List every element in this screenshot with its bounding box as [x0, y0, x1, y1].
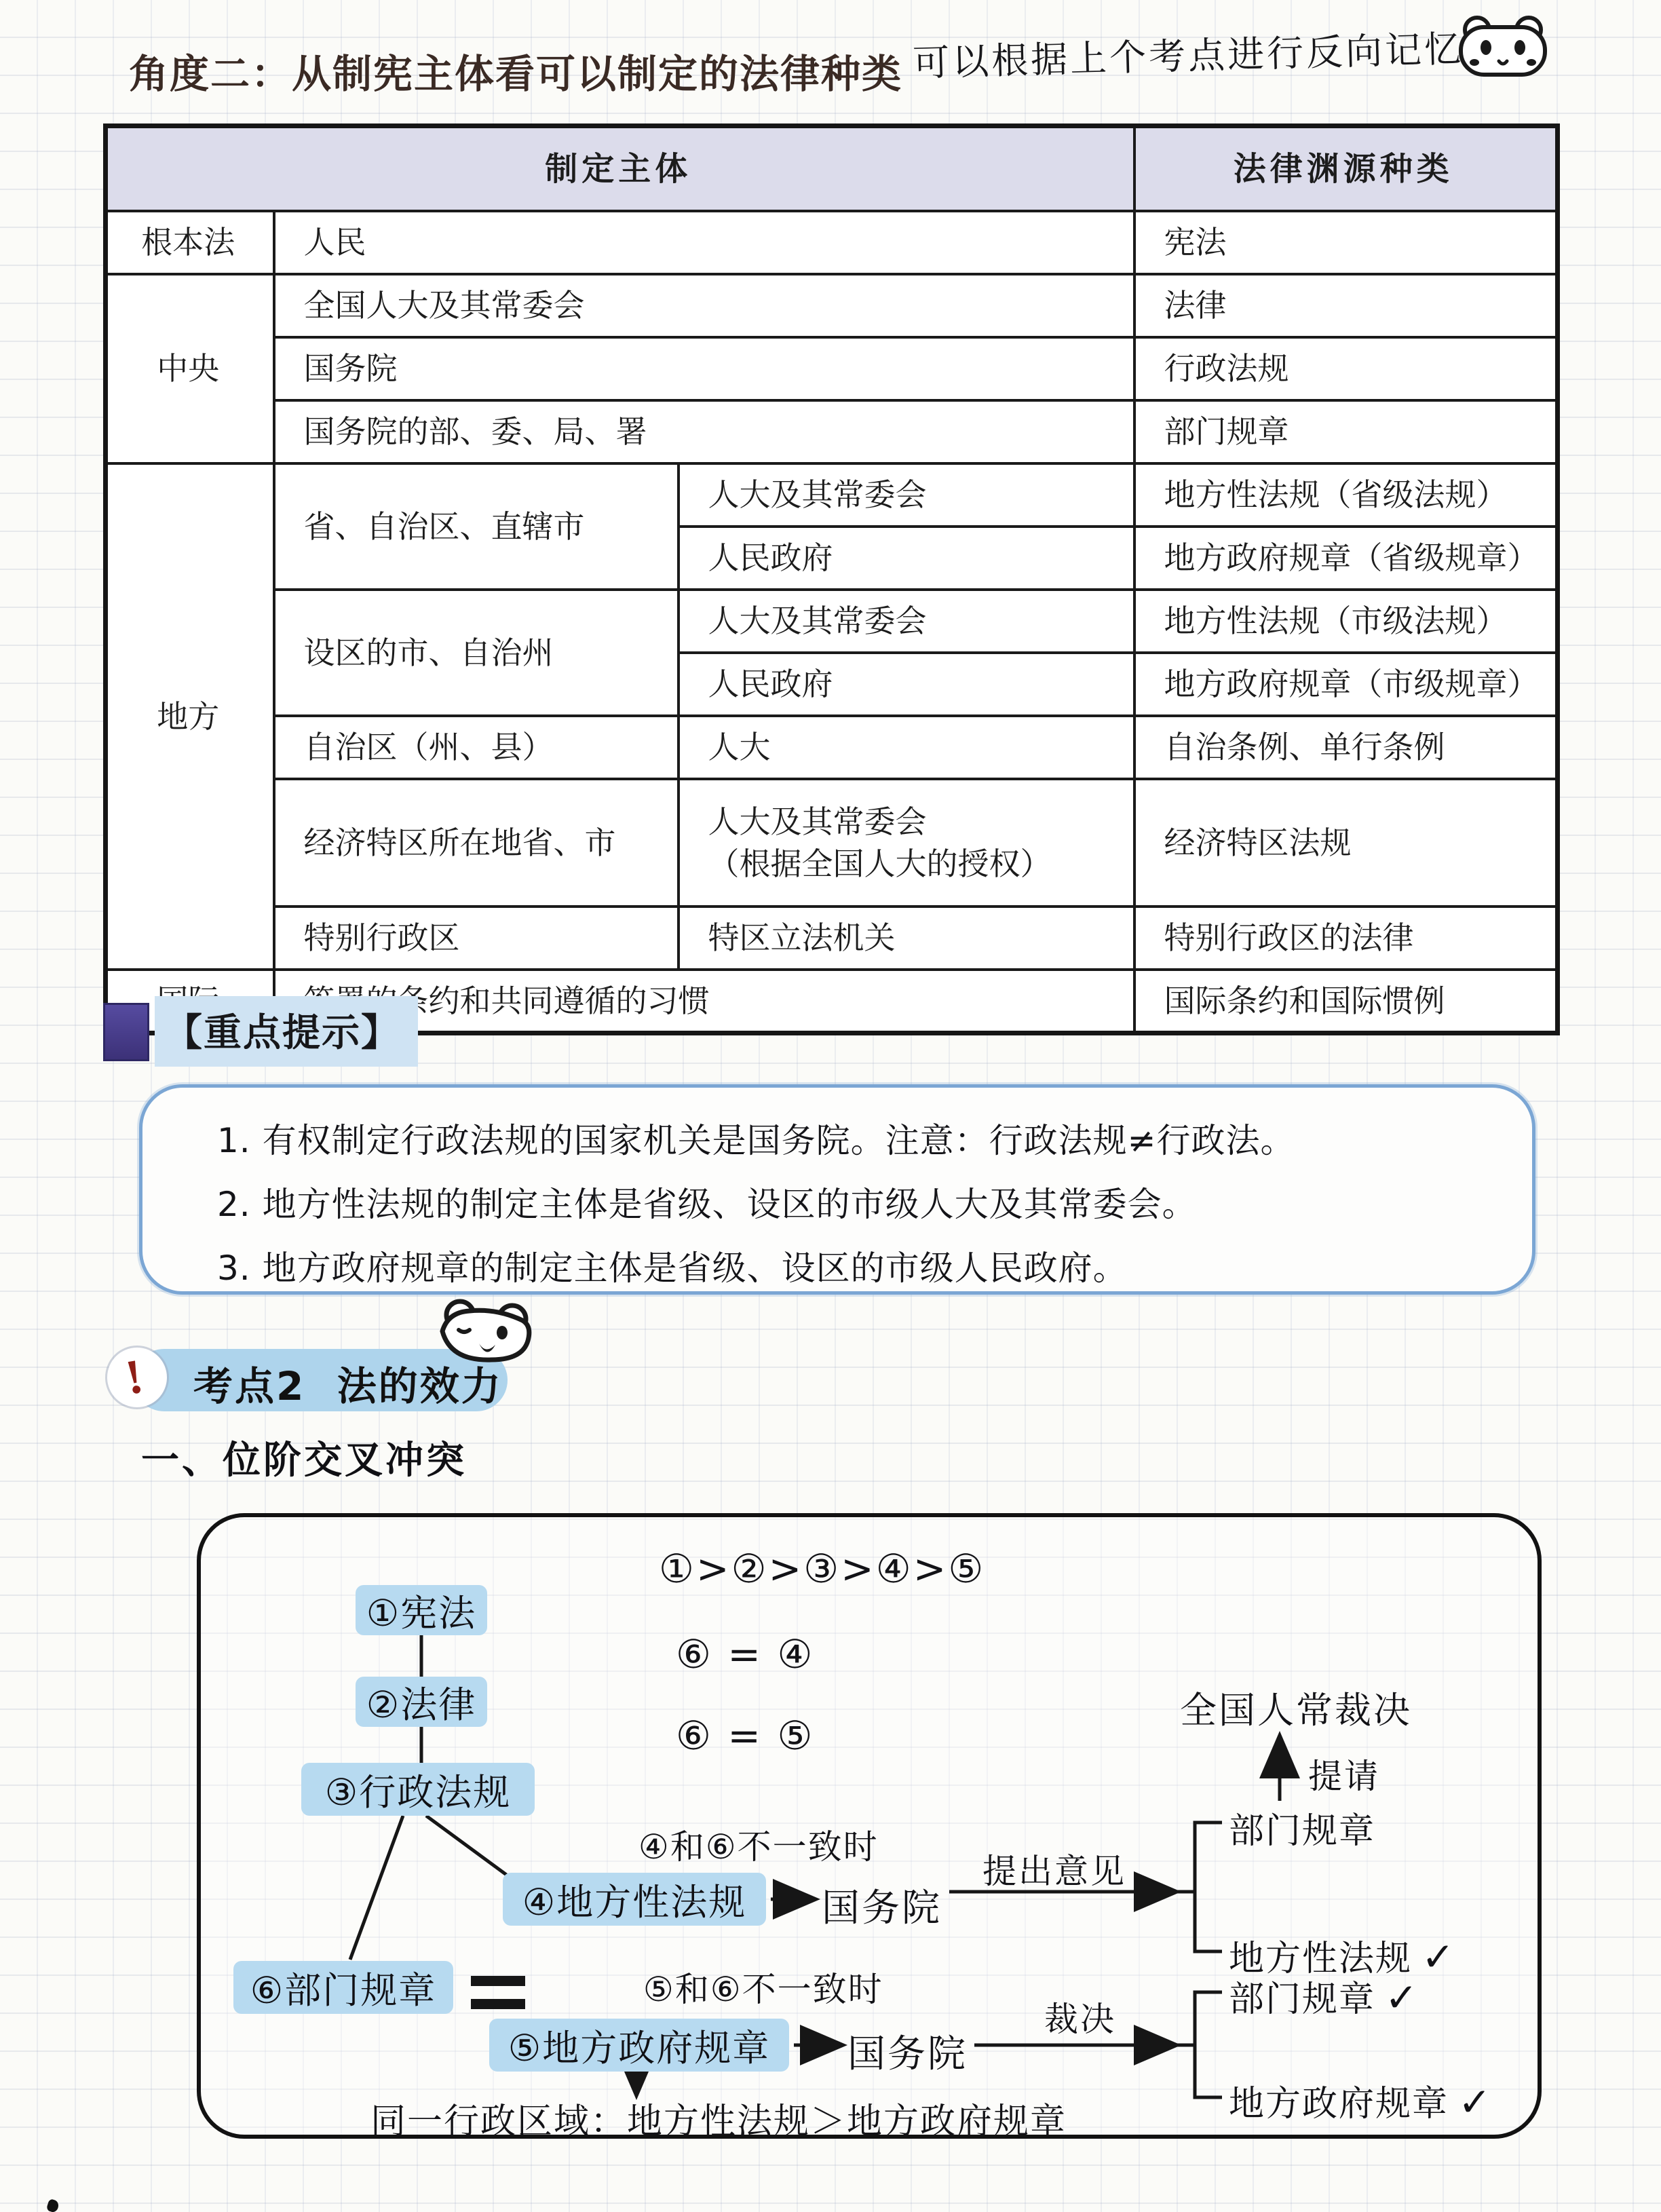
state-council-2: 国务院	[847, 2024, 968, 2078]
cell-subject: 国务院的部、委、局、署	[274, 400, 1134, 463]
page-title: 角度二：从制宪主体看可以制定的法律种类	[129, 42, 902, 99]
branch2-ministry-rules: 部门规章✓	[1229, 1970, 1419, 2021]
same-region-note: 同一行政区域：地方性法规＞地方政府规章	[370, 2093, 1067, 2143]
frog-doodle-icon	[1455, 12, 1550, 83]
cell-source: 经济特区法规	[1134, 779, 1558, 907]
branch2-local-gov-rules: 地方政府规章✓	[1229, 2075, 1493, 2126]
col-header-source: 法律渊源种类	[1134, 126, 1558, 212]
cell-source: 宪法	[1134, 211, 1558, 274]
table-row: 国务院 行政法规	[106, 337, 1558, 400]
table-row: 根本法 人民 宪法	[106, 211, 1558, 274]
cell-subject: 自治区（州、县）	[274, 716, 679, 779]
cell-subject: 全国人大及其常委会	[274, 274, 1134, 337]
tip-item-1: 1. 有权制定行政法规的国家机关是国务院。注意：行政法规≠行政法。	[217, 1113, 1295, 1162]
sez-maker-line2: （根据全国人大的授权）	[708, 843, 1125, 885]
checkmark-icon: ✓	[1449, 2079, 1493, 2125]
cell-source: 部门规章	[1134, 400, 1558, 463]
cell-source: 行政法规	[1134, 337, 1558, 400]
cell-maker: 人大及其常委会	[679, 590, 1134, 653]
cell-source: 地方性法规（市级法规）	[1134, 590, 1558, 653]
cell-maker: 人民政府	[679, 527, 1134, 590]
state-council-1: 国务院	[822, 1878, 942, 1932]
condition-5-vs-6: ⑤和⑥不一致时	[643, 1962, 883, 2011]
tip-square-icon	[103, 1003, 149, 1061]
relation-6-equals-5: ⑥ = ⑤	[676, 1713, 814, 1759]
ink-pen-mark	[46, 2198, 60, 2212]
key-tips-box: 1. 有权制定行政法规的国家机关是国务院。注意：行政法规≠行政法。 2. 地方性…	[139, 1084, 1535, 1295]
cell-source: 地方性法规（省级法规）	[1134, 463, 1558, 527]
exclamation-badge-icon: !	[107, 1348, 167, 1407]
cell-subject: 经济特区所在地省、市	[274, 779, 679, 907]
cell-maker: 特区立法机关	[679, 907, 1134, 970]
cell-source: 地方政府规章（市级规章）	[1134, 653, 1558, 716]
tip-item-3: 3. 地方政府规章的制定主体是省级、设区的市级人民政府。	[217, 1241, 1128, 1290]
tip-item-2: 2. 地方性法规的制定主体是省级、设区的市级人大及其常委会。	[217, 1177, 1197, 1226]
table-row: 中央 全国人大及其常委会 法律	[106, 274, 1558, 337]
cell-subject: 设区的市、自治州	[274, 590, 679, 716]
frog-doodle-icon	[434, 1295, 536, 1375]
node-local-gov-rules: ⑤地方政府规章	[489, 2019, 789, 2072]
relation-6-equals-4: ⑥ = ④	[676, 1631, 814, 1677]
col-header-subject: 制定主体	[106, 126, 1134, 212]
table-row: 自治区（州、县） 人大 自治条例、单行条例	[106, 716, 1558, 779]
cell-source: 地方政府规章（省级规章）	[1134, 527, 1558, 590]
table-row: 设区的市、自治州 人大及其常委会 地方性法规（市级法规）	[106, 590, 1558, 653]
cell-subject: 人民	[274, 211, 1134, 274]
arrow-label-refer: 提请	[1308, 1749, 1380, 1798]
table-row: 特别行政区 特区立法机关 特别行政区的法律	[106, 907, 1558, 970]
category-central: 中央	[106, 274, 274, 463]
cell-source: 法律	[1134, 274, 1558, 337]
table-header-row: 制定主体 法律渊源种类	[106, 126, 1558, 212]
hierarchy-diagram: ①宪法 ②法律 ③行政法规 ④地方性法规 ⑤地方政府规章 ⑥部门规章 ①>②>③…	[197, 1513, 1542, 2139]
cell-source: 国际条约和国际惯例	[1134, 970, 1558, 1033]
sez-maker-line1: 人大及其常委会	[708, 801, 1125, 843]
table-row: 地方 省、自治区、直辖市 人大及其常委会 地方性法规（省级法规）	[106, 463, 1558, 527]
law-sources-table: 制定主体 法律渊源种类 根本法 人民 宪法 中央 全国人大及其常委会 法律 国务…	[103, 123, 1560, 1035]
node-local-regulation: ④地方性法规	[503, 1873, 766, 1926]
cell-subject: 国务院	[274, 337, 1134, 400]
branch2-ministry-rules-label: 部门规章	[1229, 1979, 1375, 2020]
arrow-label-propose-opinion: 提出意见	[982, 1844, 1126, 1893]
cell-maker: 人大及其常委会	[679, 463, 1134, 527]
arrow-label-ruling: 裁决	[1044, 1992, 1116, 2041]
relation-order: ①>②>③>④>⑤	[659, 1546, 985, 1592]
category-local: 地方	[106, 463, 274, 970]
handwritten-margin-note: 可以根据上个考点进行反向记忆	[912, 20, 1464, 86]
category-root-law: 根本法	[106, 211, 274, 274]
node-ministry-rules: ⑥部门规章	[233, 1961, 453, 2014]
table-row: 经济特区所在地省、市 人大及其常委会 （根据全国人大的授权） 经济特区法规	[106, 779, 1558, 907]
cell-maker: 人大	[679, 716, 1134, 779]
node-law: ②法律	[356, 1677, 487, 1727]
cell-source: 特别行政区的法律	[1134, 907, 1558, 970]
node-constitution: ①宪法	[356, 1585, 487, 1635]
cell-source: 自治条例、单行条例	[1134, 716, 1558, 779]
branch2-local-gov-rules-label: 地方政府规章	[1229, 2084, 1449, 2124]
branch1-ministry-rules: 部门规章	[1229, 1802, 1375, 1853]
topic-label: 考点2	[193, 1363, 305, 1409]
key-tips-label: 【重点提示】	[155, 996, 418, 1067]
cell-subject: 特别行政区	[274, 907, 679, 970]
table-row: 国务院的部、委、局、署 部门规章	[106, 400, 1558, 463]
checkmark-icon: ✓	[1375, 1975, 1419, 2021]
condition-4-vs-6: ④和⑥不一致时	[638, 1820, 879, 1869]
cell-subject: 省、自治区、直辖市	[274, 463, 679, 590]
notes-page: 角度二：从制宪主体看可以制定的法律种类 可以根据上个考点进行反向记忆 制定主体 …	[0, 0, 1661, 2212]
npcsc-ruling-text: 全国人常裁决	[1180, 1681, 1412, 1734]
section-heading: 一、位阶交叉冲突	[141, 1430, 467, 1485]
cell-maker: 人大及其常委会 （根据全国人大的授权）	[679, 779, 1134, 907]
node-admin-regulation: ③行政法规	[301, 1763, 535, 1816]
exclamation-mark: !	[121, 1348, 147, 1407]
cell-maker: 人民政府	[679, 653, 1134, 716]
